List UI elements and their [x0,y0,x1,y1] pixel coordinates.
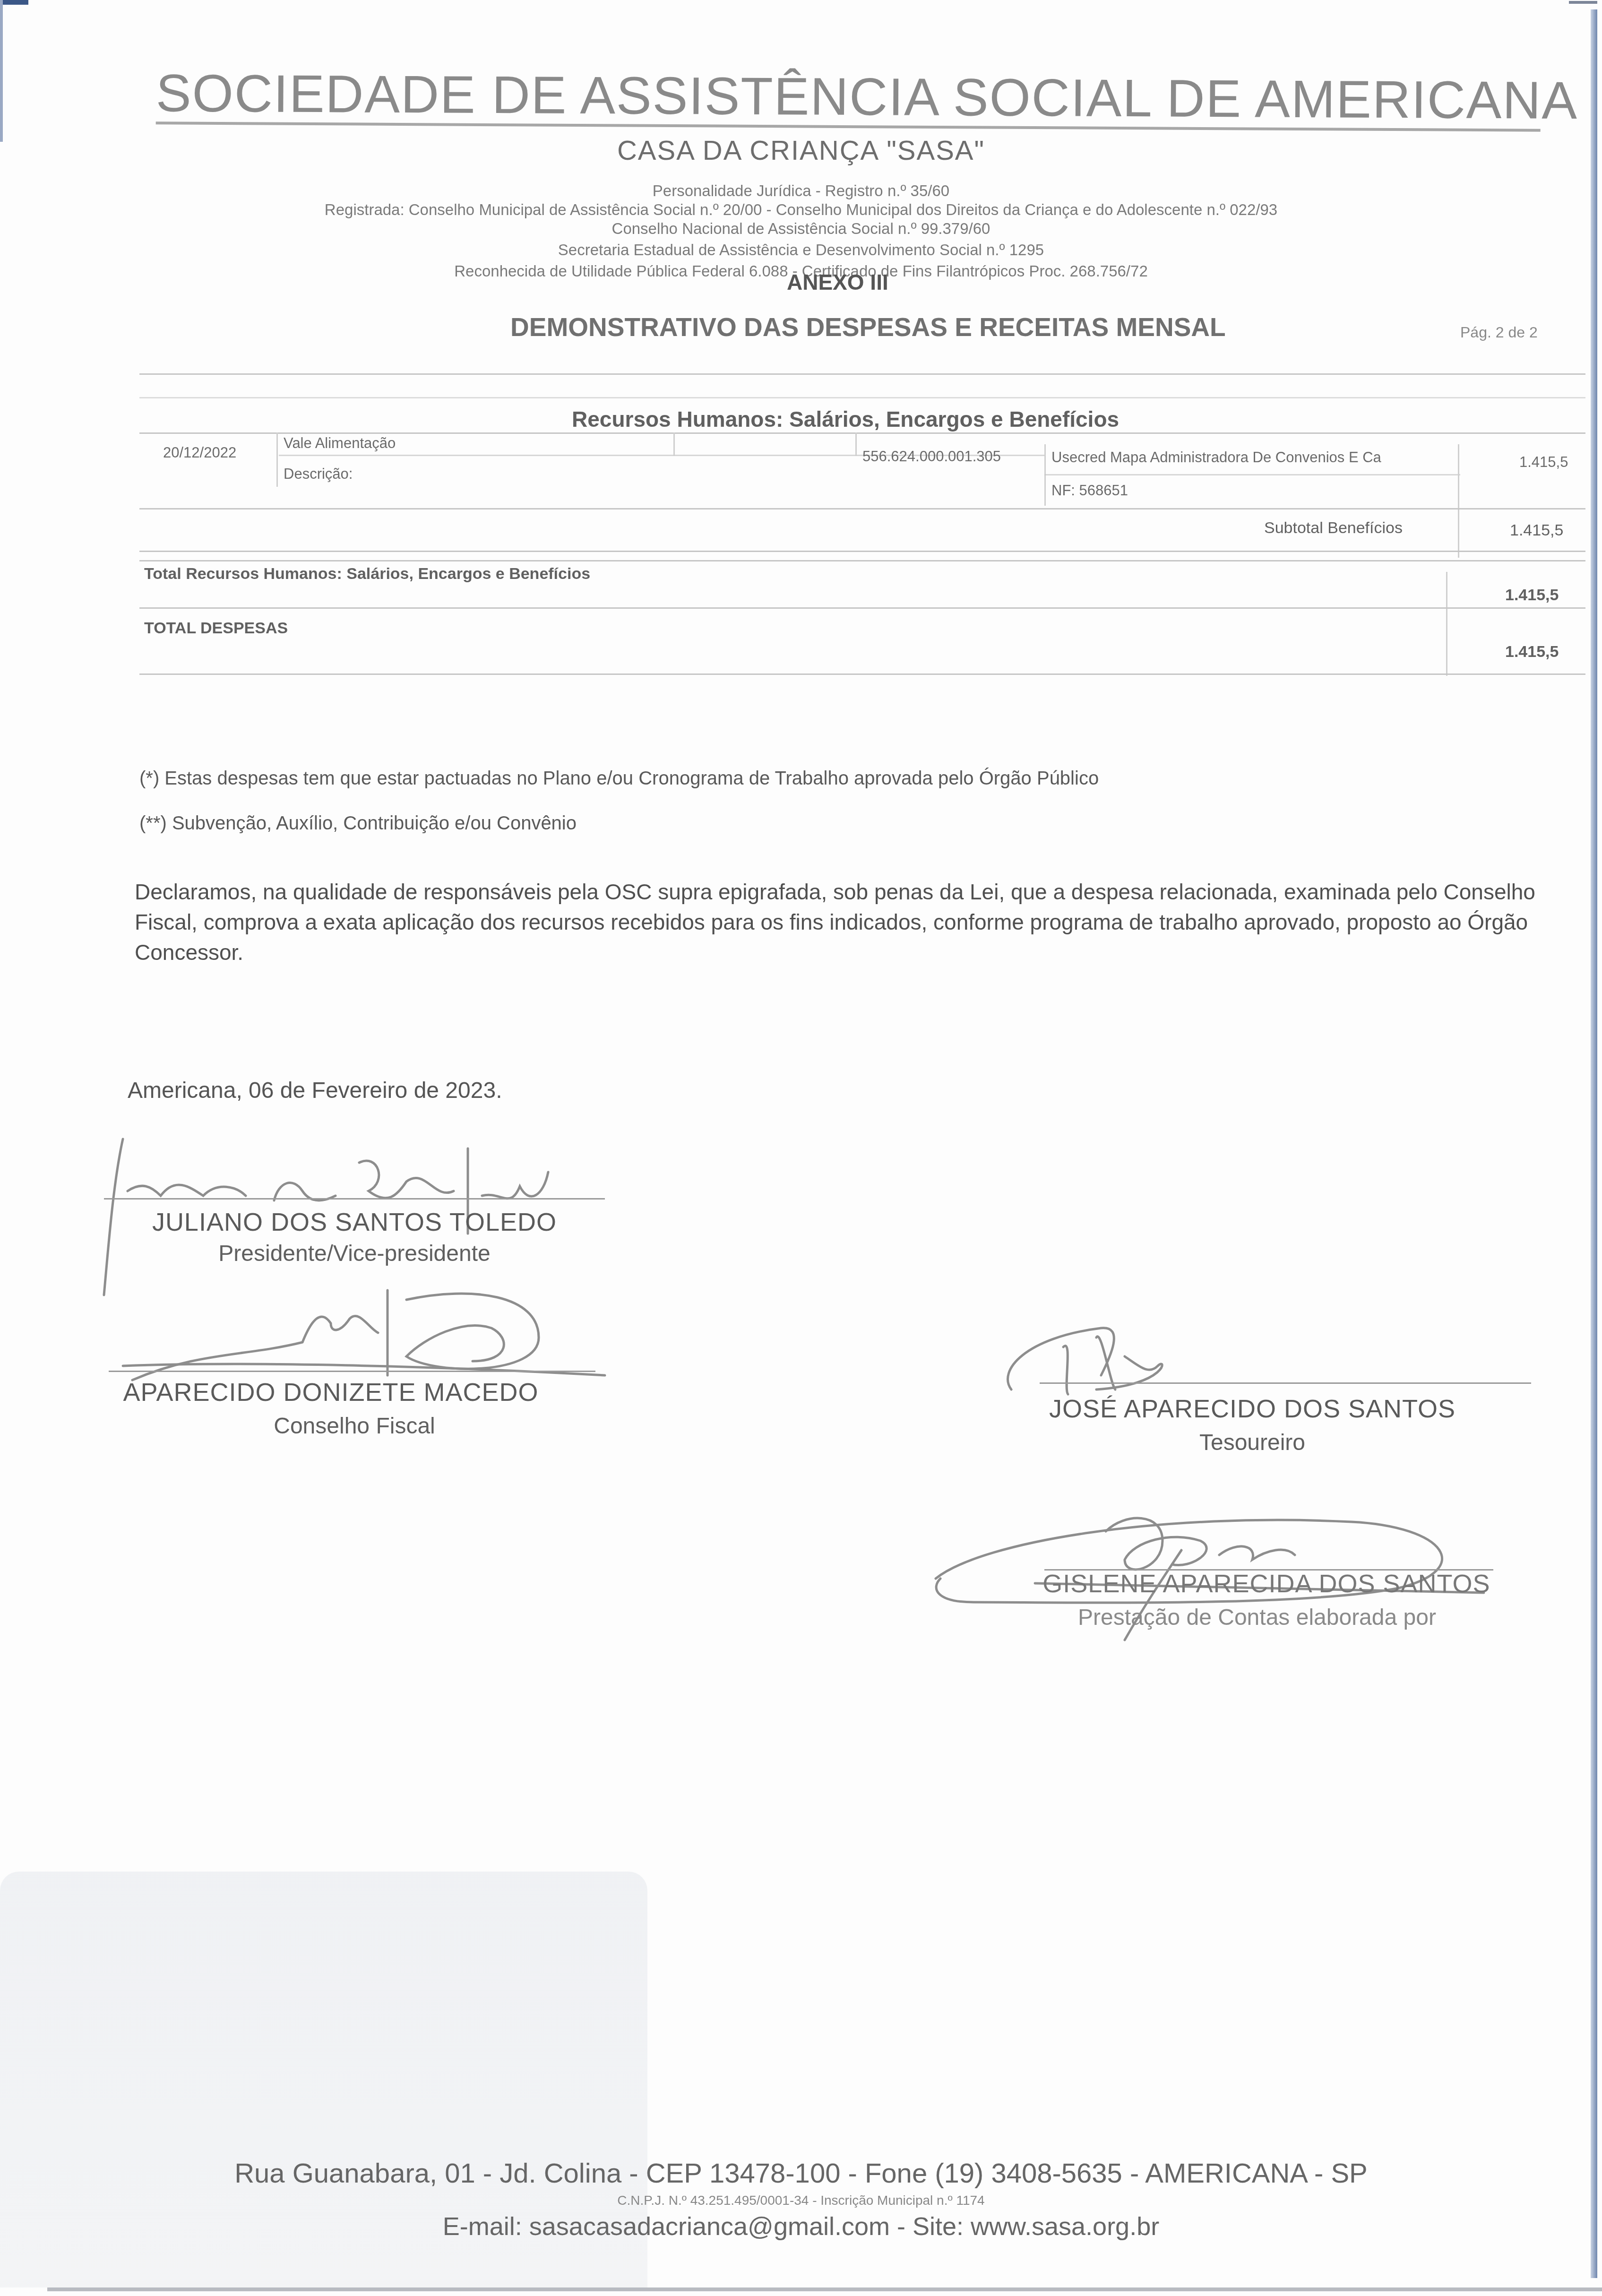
row-document-number: 556.624.000.001.305 [862,448,1001,465]
scan-edge-bottom [47,2287,1602,2291]
cell-divider [276,432,278,487]
total-expenses-label: TOTAL DESPESAS [144,619,288,638]
signatory-name: JULIANO DOS SANTOS TOLEDO [118,1208,591,1237]
footer-address: Rua Guanabara, 01 - Jd. Colina - CEP 134… [0,2158,1602,2189]
table-border [139,432,1585,434]
report-title: DEMONSTRATIVO DAS DESPESAS E RECEITAS ME… [510,312,1226,342]
signatory-role: Presidente/Vice-presidente [118,1241,591,1267]
annex-label: ANEXO III [787,269,888,295]
row-value: 1.415,5 [1519,454,1568,471]
row-supplier: Usecred Mapa Administradora De Convenios… [1051,449,1381,466]
registration-line: Registrada: Conselho Municipal de Assist… [0,201,1602,219]
signature-line [104,1198,605,1200]
row-date: 20/12/2022 [163,444,236,461]
page-number: Pág. 2 de 2 [1460,324,1538,341]
row-description-label: Descrição: [284,466,353,483]
subtotal-label: Subtotal Benefícios [1264,519,1403,537]
signature-line [1040,1382,1531,1384]
signatory-name: JOSÉ APARECIDO DOS SANTOS [1016,1394,1489,1424]
table-border [139,607,1585,609]
signatory-role: Tesoureiro [1016,1430,1489,1456]
place-date: Americana, 06 de Fevereiro de 2023. [128,1078,502,1104]
row-invoice: NF: 568651 [1051,482,1128,499]
table-border [139,397,1585,398]
section-total-label: Total Recursos Humanos: Salários, Encarg… [144,565,590,583]
footer-contact: E-mail: sasacasadacrianca@gmail.com - Si… [0,2212,1602,2241]
org-name: SOCIEDADE DE ASSISTÊNCIA SOCIAL DE AMERI… [156,65,1541,131]
signature-line [109,1371,595,1372]
org-subtitle: CASA DA CRIANÇA "SASA" [0,135,1602,166]
scan-edge-left [0,0,3,142]
subtotal-value: 1.415,5 [1510,521,1563,540]
section-title: Recursos Humanos: Salários, Encargos e B… [572,406,1119,432]
declaration-text: Declaramos, na qualidade de responsáveis… [135,877,1576,967]
registration-line: Personalidade Jurídica - Registro n.º 35… [0,182,1602,200]
signatory-name: GISLENE APARECIDA DOS SANTOS [1030,1569,1503,1598]
table-border [139,508,1585,509]
registration-line: Conselho Nacional de Assistência Social … [0,220,1602,238]
table-border [1044,474,1460,475]
signatory-role: Conselho Fiscal [118,1413,591,1439]
signature-fiscal-council [104,1281,624,1390]
signatory-role: Prestação de Contas elaborada por [1021,1605,1493,1631]
cell-divider [673,432,675,456]
table-border [139,560,1585,561]
scan-edge-topline [1569,1,1597,4]
cell-divider [855,432,857,456]
cell-divider [1458,444,1459,558]
table-border [139,373,1585,375]
total-expenses-value: 1.415,5 [1505,643,1559,661]
cell-divider [1446,572,1447,676]
table-border [139,551,1585,552]
table-border [139,673,1585,675]
scan-edge-right [1591,9,1597,2278]
scan-edge-top [0,0,28,5]
signature-treasurer [969,1319,1347,1399]
row-item: Vale Alimentação [284,435,396,452]
footnote-1: (*) Estas despesas tem que estar pactuad… [139,768,1099,789]
signatory-name: APARECIDO DONIZETE MACEDO [95,1378,567,1407]
section-total-value: 1.415,5 [1505,586,1559,604]
footer-cnpj: C.N.P.J. N.º 43.251.495/0001-34 - Inscri… [0,2193,1602,2208]
registration-line: Secretaria Estadual de Assistência e Des… [0,241,1602,259]
footnote-2: (**) Subvenção, Auxílio, Contribuição e/… [139,813,577,834]
